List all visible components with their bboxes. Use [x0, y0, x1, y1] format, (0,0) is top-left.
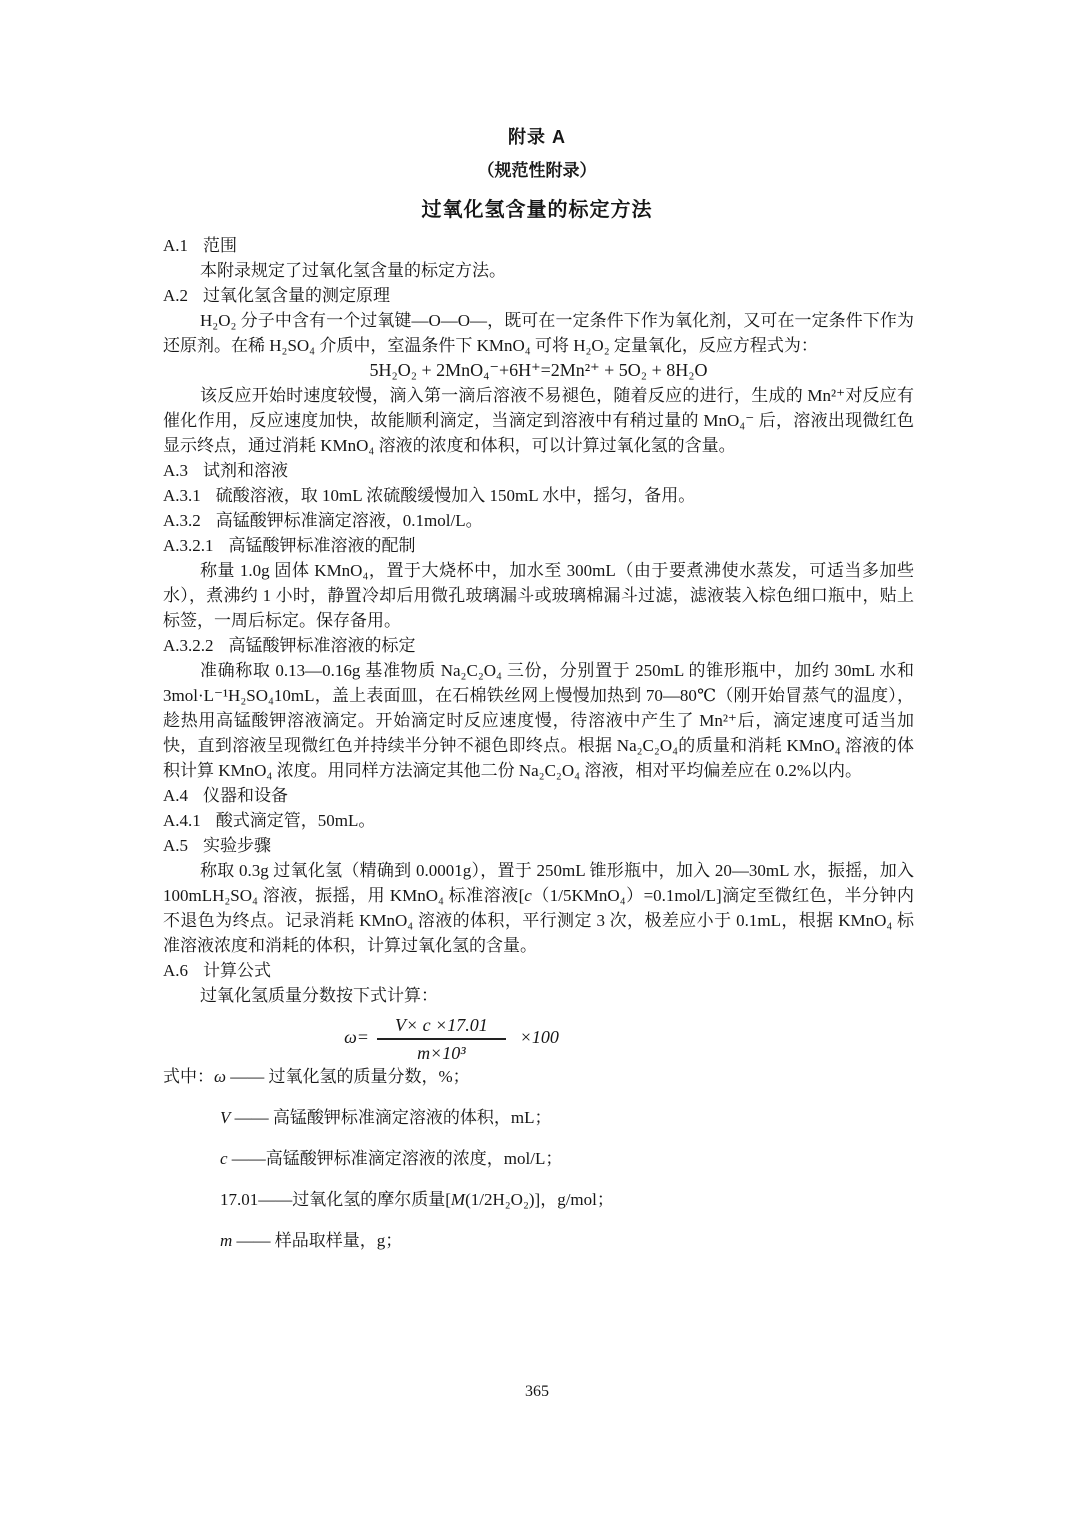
paragraph-a321-1: 称量 1.0g 固体 KMnO₄，置于大烧杯中，加水至 300mL（由于要煮沸使… — [163, 558, 914, 633]
definition-text: (1/2H₂O₂)]，g/mol； — [465, 1190, 614, 1209]
definition-text: ——过氧化氢的摩尔质量[ — [258, 1190, 451, 1209]
clause-a3-2-1: A.3.2.1高锰酸钾标准溶液的配制 — [163, 533, 914, 558]
definition-text: —— 高锰酸钾标准滴定溶液的体积，mL； — [230, 1108, 551, 1127]
clause-text: 酸式滴定管，50mL。 — [216, 811, 376, 830]
paragraph-a2-1: H₂O₂ 分子中含有一个过氧键—O—O—，既可在一定条件下作为氧化剂，又可在一定… — [163, 308, 914, 358]
clause-number: A.3 — [163, 458, 188, 483]
clause-title: 计算公式 — [203, 961, 271, 980]
symbol-m-molar: M — [451, 1190, 465, 1209]
page-number: 365 — [0, 1382, 1074, 1402]
definition-text: ——高锰酸钾标准滴定溶液的浓度，mol/L； — [228, 1149, 563, 1168]
definition-omega: 式中：ω —— 过氧化氢的质量分数，%； — [163, 1064, 914, 1089]
paragraph-a2-2: 该反应开始时速度较慢，滴入第一滴后溶液不易褪色，随着反应的进行，生成的 Mn²⁺… — [163, 383, 914, 458]
symbol-m: m — [220, 1231, 232, 1250]
chemical-equation: 5H₂O₂ + 2MnO₄⁻+6H⁺=2Mn²⁺ + 5O₂ + 8H₂O — [163, 358, 914, 383]
formula-numerator: V× c ×17.01 — [377, 1011, 506, 1040]
section-heading-a4: A.4仪器和设备 — [163, 783, 914, 808]
section-heading-a1: A.1范围 — [163, 233, 914, 258]
definition-text: —— 过氧化氢的质量分数，%； — [226, 1067, 470, 1086]
definition-v: V —— 高锰酸钾标准滴定溶液的体积，mL； — [163, 1105, 914, 1130]
appendix-label: 附录 A — [0, 126, 1074, 148]
definition-17-01: 17.01——过氧化氢的摩尔质量[M(1/2H₂O₂)]，g/mol； — [163, 1187, 914, 1212]
document-page: 附录 A （规范性附录） 过氧化氢含量的标定方法 A.1范围 本附录规定了过氧化… — [0, 0, 1074, 1520]
clause-number: A.5 — [163, 833, 188, 858]
clause-a3-1: A.3.1硫酸溶液，取 10mL 浓硫酸缓慢加入 150mL 水中，摇匀，备用。 — [163, 483, 914, 508]
formula-denominator: m×10³ — [417, 1040, 466, 1064]
definitions-prefix: 式中： — [163, 1067, 214, 1086]
clause-number: A.3.1 — [163, 483, 201, 508]
document-header: 附录 A （规范性附录） 过氧化氢含量的标定方法 — [0, 0, 1074, 222]
clause-number: A.2 — [163, 283, 188, 308]
clause-title: 过氧化氢含量的测定原理 — [203, 286, 390, 305]
section-heading-a6: A.6计算公式 — [163, 958, 914, 983]
section-heading-a2: A.2过氧化氢含量的测定原理 — [163, 283, 914, 308]
symbol-v: V — [220, 1108, 230, 1127]
mass-fraction-formula: ω= V× c ×17.01 m×10³ ×100 — [163, 1011, 740, 1064]
clause-title: 试剂和溶液 — [203, 461, 288, 480]
paragraph-a322-1: 准确称取 0.13—0.16g 基准物质 Na₂C₂O₄ 三份，分别置于 250… — [163, 658, 914, 783]
document-title: 过氧化氢含量的标定方法 — [0, 198, 1074, 222]
clause-number: A.3.2.2 — [163, 633, 214, 658]
symbol-omega: ω — [214, 1067, 226, 1086]
symbol-definitions: 式中：ω —— 过氧化氢的质量分数，%； V —— 高锰酸钾标准滴定溶液的体积，… — [163, 1064, 914, 1253]
clause-number: A.3.2 — [163, 508, 201, 533]
definition-c: c ——高锰酸钾标准滴定溶液的浓度，mol/L； — [163, 1146, 914, 1171]
paragraph-a1-1: 本附录规定了过氧化氢含量的标定方法。 — [163, 258, 914, 283]
clause-number: A.6 — [163, 958, 188, 983]
clause-number: A.4 — [163, 783, 188, 808]
clause-title: 仪器和设备 — [203, 786, 288, 805]
clause-number: A.3.2.1 — [163, 533, 214, 558]
paragraph-a6-1: 过氧化氢质量分数按下式计算： — [163, 983, 914, 1008]
clause-a4-1: A.4.1酸式滴定管，50mL。 — [163, 808, 914, 833]
symbol-c: c — [220, 1149, 228, 1168]
clause-text: 硫酸溶液，取 10mL 浓硫酸缓慢加入 150mL 水中，摇匀，备用。 — [216, 486, 695, 505]
definition-text: —— 样品取样量，g； — [232, 1231, 402, 1250]
formula-multiplier: ×100 — [520, 1025, 559, 1050]
clause-text: 高锰酸钾标准滴定溶液，0.1mol/L。 — [216, 511, 483, 530]
section-heading-a3: A.3试剂和溶液 — [163, 458, 914, 483]
clause-title: 高锰酸钾标准溶液的标定 — [229, 636, 416, 655]
paragraph-a5-1: 称取 0.3g 过氧化氢（精确到 0.0001g），置于 250mL 锥形瓶中，… — [163, 858, 914, 958]
section-heading-a5: A.5实验步骤 — [163, 833, 914, 858]
constant-value: 17.01 — [220, 1190, 258, 1209]
clause-a3-2: A.3.2高锰酸钾标准滴定溶液，0.1mol/L。 — [163, 508, 914, 533]
clause-number: A.4.1 — [163, 808, 201, 833]
clause-title: 实验步骤 — [203, 836, 271, 855]
symbol-c: c — [524, 886, 532, 905]
definition-m: m —— 样品取样量，g； — [163, 1228, 914, 1253]
clause-title: 范围 — [203, 236, 237, 255]
formula-lhs: ω= — [344, 1025, 369, 1050]
document-body: A.1范围 本附录规定了过氧化氢含量的标定方法。 A.2过氧化氢含量的测定原理 … — [163, 233, 914, 1253]
appendix-note: （规范性附录） — [0, 160, 1074, 182]
formula-fraction: V× c ×17.01 m×10³ — [377, 1011, 506, 1064]
clause-number: A.1 — [163, 233, 188, 258]
clause-title: 高锰酸钾标准溶液的配制 — [229, 536, 416, 555]
clause-a3-2-2: A.3.2.2高锰酸钾标准溶液的标定 — [163, 633, 914, 658]
